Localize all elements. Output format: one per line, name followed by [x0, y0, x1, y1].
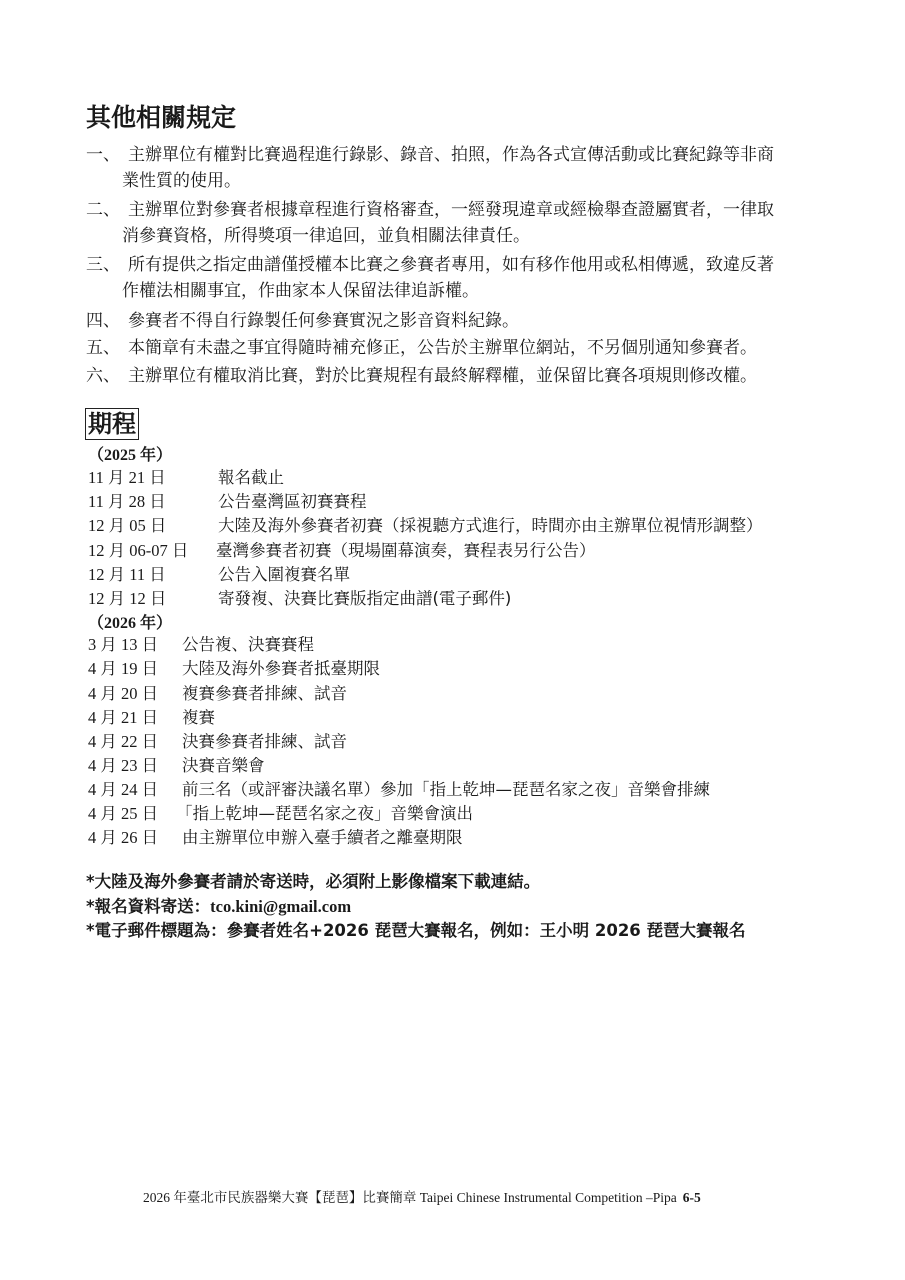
rule-number: 四、 [86, 308, 128, 334]
rule-text-cont: 業性質的使用。 [86, 168, 846, 194]
note-email-label: *報名資料寄送： [86, 897, 210, 916]
schedule-date: 4 月 24 日 [88, 779, 158, 801]
section-title-schedule: 期程 [85, 408, 139, 440]
rule-number: 三、 [86, 252, 128, 278]
schedule-date: 3 月 13 日 [88, 634, 158, 656]
schedule-event: 大陸及海外參賽者抵臺期限 [182, 658, 380, 680]
schedule-row: 4 月 23 日決賽音樂會 [88, 755, 158, 777]
rule-text-cont: 消參賽資格，所得獎項一律追回，並負相關法律責任。 [86, 223, 846, 249]
rule-text: 本簡章有未盡之事宜得隨時補充修正，公告於主辦單位網站，不另個別通知參賽者。 [128, 338, 757, 358]
rule-number: 二、 [86, 197, 128, 223]
rule-text: 主辦單位有權取消比賽，對於比賽規程有最終解釋權，並保留比賽各項規則修改權。 [128, 366, 757, 386]
schedule-event: 公告臺灣區初賽賽程 [218, 491, 367, 513]
rule-item-3: 三、所有提供之指定曲譜僅授權本比賽之參賽者專用，如有移作他用或私相傳遞，致違反著… [86, 252, 846, 304]
schedule-date: 4 月 19 日 [88, 658, 158, 680]
schedule-event: 公告複、決賽賽程 [182, 634, 314, 656]
schedule-date: 11 月 21 日 [88, 467, 166, 489]
rule-number: 一、 [86, 142, 128, 168]
schedule-event: 決賽音樂會 [182, 755, 265, 777]
schedule-event: 由主辦單位申辦入臺手續者之離臺期限 [182, 827, 463, 849]
schedule-date: 11 月 28 日 [88, 491, 166, 513]
schedule-row: 11 月 28 日公告臺灣區初賽賽程 [88, 491, 166, 513]
email-address: tco.kini@gmail.com [210, 897, 351, 916]
schedule-date: 4 月 26 日 [88, 827, 158, 849]
schedule-row: 12 月 05 日大陸及海外參賽者初賽（採視聽方式進行，時間亦由主辦單位視情形調… [88, 515, 166, 537]
schedule-date: 12 月 11 日 [88, 564, 166, 586]
year-label-2026: （2026 年） [88, 610, 172, 633]
rule-text: 主辦單位有權對比賽過程進行錄影、錄音、拍照，作為各式宣傳活動或比賽紀錄等非商 [128, 145, 774, 165]
schedule-row: 4 月 25 日「指上乾坤—琵琶名家之夜」音樂會演出 [88, 803, 158, 825]
schedule-date: 12 月 06-07 日 [88, 540, 188, 562]
schedule-row: 3 月 13 日公告複、決賽賽程 [88, 634, 158, 656]
schedule-event: 「指上乾坤—琵琶名家之夜」音樂會演出 [176, 803, 473, 825]
year-label-2025: （2025 年） [88, 442, 172, 465]
rule-text-cont: 作權法相關事宜，作曲家本人保留法律追訴權。 [86, 278, 846, 304]
rule-item-1: 一、主辦單位有權對比賽過程進行錄影、錄音、拍照，作為各式宣傳活動或比賽紀錄等非商… [86, 142, 846, 194]
page-footer: 2026 年臺北市民族器樂大賽【琵琶】比賽簡章 Taipei Chinese I… [143, 1186, 701, 1206]
rule-text: 所有提供之指定曲譜僅授權本比賽之參賽者專用，如有移作他用或私相傳遞，致違反著 [128, 255, 774, 275]
page-number: 6-5 [683, 1190, 701, 1205]
schedule-event: 決賽參賽者排練、試音 [182, 731, 347, 753]
schedule-row: 4 月 22 日決賽參賽者排練、試音 [88, 731, 158, 753]
schedule-date: 12 月 05 日 [88, 515, 166, 537]
rule-item-2: 二、主辦單位對參賽者根據章程進行資格審查，一經發現違章或經檢舉查證屬實者，一律取… [86, 197, 846, 249]
schedule-date: 4 月 21 日 [88, 707, 158, 729]
rule-item-6: 六、主辦單位有權取消比賽，對於比賽規程有最終解釋權，並保留比賽各項規則修改權。 [86, 363, 846, 389]
schedule-date: 4 月 23 日 [88, 755, 158, 777]
rule-item-5: 五、本簡章有未盡之事宜得隨時補充修正，公告於主辦單位網站，不另個別通知參賽者。 [86, 335, 846, 361]
schedule-row: 11 月 21 日報名截止 [88, 467, 166, 489]
schedule-date: 12 月 12 日 [88, 588, 166, 610]
footer-text: 2026 年臺北市民族器樂大賽【琵琶】比賽簡章 Taipei Chinese I… [143, 1190, 677, 1205]
schedule-event: 公告入圍複賽名單 [218, 564, 350, 586]
schedule-event: 複賽參賽者排練、試音 [182, 683, 347, 705]
schedule-event: 複賽 [182, 707, 215, 729]
schedule-event: 報名截止 [218, 467, 284, 489]
schedule-date: 4 月 25 日 [88, 803, 158, 825]
schedule-date: 4 月 22 日 [88, 731, 158, 753]
schedule-row: 12 月 11 日公告入圍複賽名單 [88, 564, 166, 586]
schedule-row: 4 月 20 日複賽參賽者排練、試音 [88, 683, 158, 705]
schedule-row: 12 月 12 日寄發複、決賽比賽版指定曲譜(電子郵件) [88, 588, 166, 610]
schedule-row: 4 月 24 日前三名（或評審決議名單）參加「指上乾坤—琵琶名家之夜」音樂會排練 [88, 779, 158, 801]
note-email-subject: *電子郵件標題為：參賽者姓名+2026 琵琶大賽報名，例如：王小明 2026 琵… [86, 917, 746, 941]
section-title-other-rules: 其他相關規定 [86, 98, 236, 134]
schedule-event: 前三名（或評審決議名單）參加「指上乾坤—琵琶名家之夜」音樂會排練 [182, 779, 710, 801]
schedule-row: 4 月 26 日由主辦單位申辦入臺手續者之離臺期限 [88, 827, 158, 849]
schedule-row: 4 月 19 日大陸及海外參賽者抵臺期限 [88, 658, 158, 680]
note-overseas-link: *大陸及海外參賽者請於寄送時，必須附上影像檔案下載連結。 [86, 868, 540, 892]
schedule-row: 4 月 21 日複賽 [88, 707, 158, 729]
schedule-date: 4 月 20 日 [88, 683, 158, 705]
rule-number: 五、 [86, 335, 128, 361]
note-email: *報名資料寄送：tco.kini@gmail.com [86, 893, 351, 917]
schedule-event: 大陸及海外參賽者初賽（採視聽方式進行，時間亦由主辦單位視情形調整） [218, 515, 763, 537]
rule-number: 六、 [86, 363, 128, 389]
rule-item-4: 四、參賽者不得自行錄製任何參賽實況之影音資料紀錄。 [86, 308, 846, 334]
schedule-event: 臺灣參賽者初賽（現場圍幕演奏，賽程表另行公告） [216, 540, 596, 562]
rule-text: 主辦單位對參賽者根據章程進行資格審查，一經發現違章或經檢舉查證屬實者，一律取 [128, 200, 774, 220]
rule-text: 參賽者不得自行錄製任何參賽實況之影音資料紀錄。 [128, 311, 519, 331]
schedule-event: 寄發複、決賽比賽版指定曲譜(電子郵件) [218, 588, 511, 610]
schedule-row: 12 月 06-07 日臺灣參賽者初賽（現場圍幕演奏，賽程表另行公告） [88, 540, 188, 562]
document-page: 其他相關規定 一、主辦單位有權對比賽過程進行錄影、錄音、拍照，作為各式宣傳活動或… [0, 0, 905, 1280]
